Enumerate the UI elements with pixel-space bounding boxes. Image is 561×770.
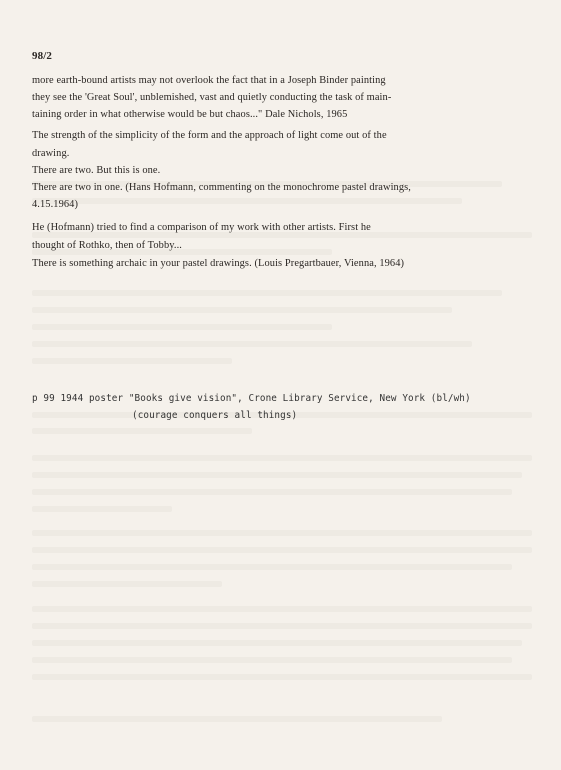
bleed-line — [32, 307, 452, 313]
document-page: 98/2 more earth-bound artists may not ov… — [0, 0, 561, 770]
paragraph-line: thought of Rothko, then of Tobby... — [32, 241, 182, 251]
bleed-line — [32, 640, 522, 646]
bleed-line — [32, 581, 222, 587]
paragraph-line: 4.15.1964) — [32, 200, 78, 210]
bleed-line — [32, 657, 512, 663]
figure-caption: p 99 1944 poster "Books give vision", Cr… — [32, 394, 471, 403]
paragraph-line: taining order in what otherwise would be… — [32, 110, 347, 120]
bleed-line — [32, 489, 512, 495]
paragraph-line: they see the 'Great Soul', unblemished, … — [32, 93, 391, 103]
bleed-line — [32, 455, 532, 461]
bleed-line — [32, 716, 442, 722]
bleed-line — [32, 324, 332, 330]
bleed-line — [32, 530, 532, 536]
figure-caption-subtitle: (courage conquers all things) — [132, 411, 297, 420]
bleed-line — [32, 506, 172, 512]
bleed-line — [32, 547, 532, 553]
bleed-line — [32, 606, 532, 612]
paragraph-line: There are two in one. (Hans Hofmann, com… — [32, 183, 411, 193]
paragraph-line: drawing. — [32, 149, 69, 159]
paragraph-line: more earth-bound artists may not overloo… — [32, 76, 386, 86]
paragraph-line: The strength of the simplicity of the fo… — [32, 131, 387, 141]
bleed-line — [32, 564, 512, 570]
bleed-line — [32, 674, 532, 680]
paragraph-line: He (Hofmann) tried to find a comparison … — [32, 223, 371, 233]
bleed-line — [32, 358, 232, 364]
bleed-line — [32, 428, 252, 434]
bleed-line — [32, 198, 462, 204]
bleed-line — [32, 341, 472, 347]
page-number: 98/2 — [32, 51, 52, 62]
paragraph-line: There is something archaic in your paste… — [32, 259, 404, 269]
bleed-line — [32, 623, 532, 629]
paragraph-line: There are two. But this is one. — [32, 166, 160, 176]
bleed-line — [32, 290, 502, 296]
bleed-line — [32, 472, 522, 478]
